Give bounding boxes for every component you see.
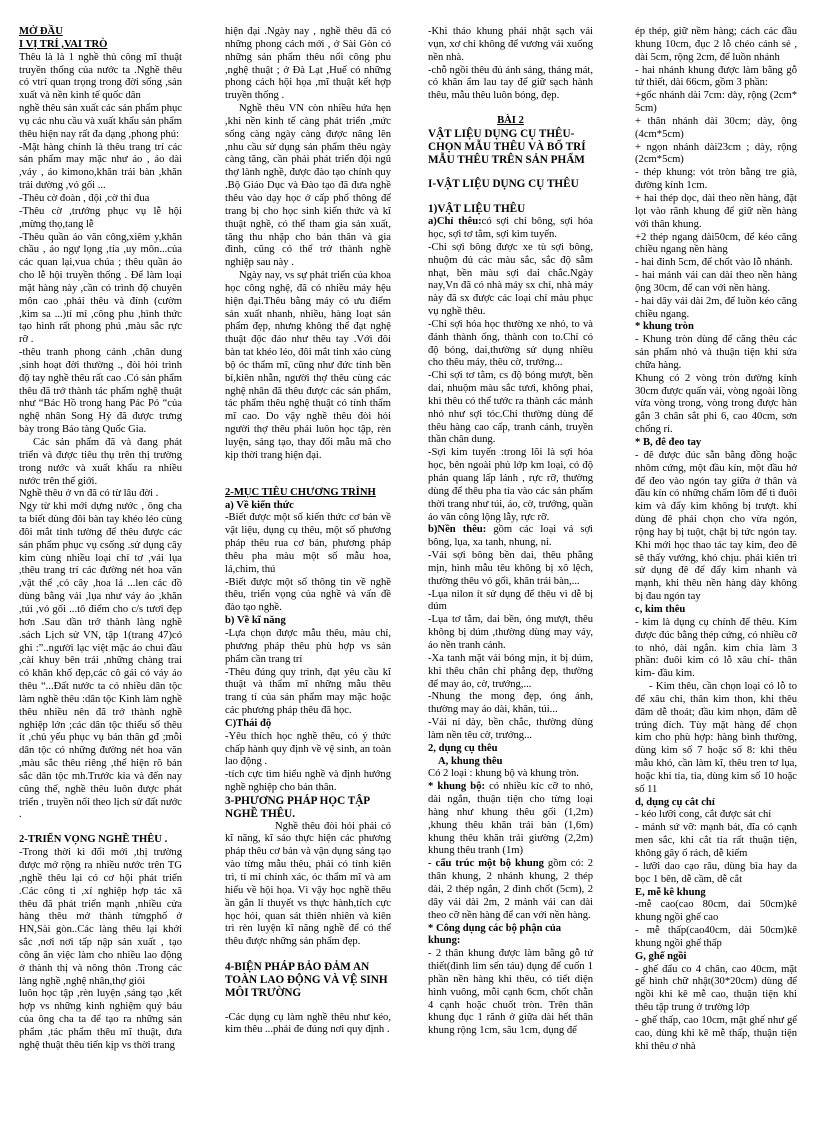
paragraph: - ghế thấp, cao 10cm, mặt ghế như gế cao… (635, 1015, 797, 1054)
spacer (19, 822, 182, 834)
paragraph-text: 4-BIỆN PHÁP BẢO ĐẢM AN TOÀN LAO ĐỘNG VÀ … (225, 961, 388, 999)
section-heading: b) Về kĩ năng (225, 615, 391, 628)
paragraph-text: Các sản phẩm đã và đang phát triển và đư… (19, 437, 182, 487)
paragraph-text: * Công dụng các bộ phận của khung: (428, 923, 561, 947)
section-heading: * khung tròn (635, 321, 797, 334)
paragraph-text: Ngày nay, vs sự phát triển của khoa học … (225, 270, 391, 461)
paragraph: -Chỉ sợi hóa học thường xe nhỏ, to và đá… (428, 319, 593, 370)
section-heading: 4-BIỆN PHÁP BẢO ĐẢM AN TOÀN LAO ĐỘNG VÀ … (225, 961, 391, 1000)
paragraph: - hai mảnh vải can dài theo nền hàng ộng… (635, 270, 797, 296)
column-1: MỞ ĐẦUI VỊ TRÍ ,VAI TRÒThêu là là 1 nghề… (19, 26, 182, 1053)
column-4: ép thép, giữ nềm hàng; cách các đầu khun… (635, 26, 797, 1054)
paragraph: -Khi tháo khung phải nhặt sạch vải vụn, … (428, 26, 593, 65)
section-heading: C)Thái độ (225, 718, 391, 731)
paragraph-text: -Lụa nilon ít sử dụng để thêu vì dễ bị d… (428, 589, 593, 613)
paragraph: - 2 thân khung được làm bằng gỗ tứ thiết… (428, 948, 593, 1038)
paragraph-text: -Lụa tơ tằm, dai bền, óng mượt, thêu khô… (428, 614, 593, 651)
paragraph-text: -Khi tháo khung phải nhặt sạch vải vụn, … (428, 26, 593, 63)
paragraph: -mễ cao(cao 80cm, dai 50cm)kê khung ngồi… (635, 899, 797, 925)
paragraph-text: - mảnh sứ vỡ: mạnh bát, đĩa có cạnh men … (635, 822, 797, 859)
paragraph: -Lựa chọn được mẫu thêu, màu chỉ, phương… (225, 628, 391, 667)
paragraph-text: -Vải nỉ dày, bền chắc, thường dùng làm n… (428, 717, 593, 741)
paragraph-text: 1)VẬT LIỆU THÊU (428, 203, 525, 215)
paragraph-text: -Thêu đúng quy trình, đạt yêu cầu kĩ thu… (225, 667, 391, 717)
paragraph-text: c, kim thêu (635, 604, 685, 615)
paragraph-text: * B, đê đeo tay (635, 437, 701, 448)
paragraph: - thép khung: vót tròn bằng tre già, đườ… (635, 167, 797, 193)
paragraph-text: I VỊ TRÍ ,VAI TRÒ (19, 39, 107, 50)
paragraph-text: -Chỉ sợi tơ tằm, cs độ bóng mượt, bền da… (428, 370, 593, 445)
section-heading: MỞ ĐẦU (19, 26, 182, 39)
paragraph-text: - ghế thấp, cao 10cm, mặt ghế như gế cao… (635, 1015, 797, 1052)
paragraph-text: b) Về kĩ năng (225, 615, 286, 626)
paragraph-text: luôn học tập ,rèn luyện ,sáng tạo ,kết h… (19, 988, 182, 1050)
paragraph-text: -chỗ ngồi thêu đủ ánh sáng, tháng mát, c… (428, 65, 593, 102)
paragraph-text: - Khung tròn dùng để căng thêu các sản p… (635, 334, 797, 371)
paragraph: Thêu là là 1 nghề thủ công mĩ thuật truy… (19, 52, 182, 103)
paragraph-text: - hai đinh 5cm, để chốt vào lỗ nhánh. (635, 257, 793, 268)
paragraph: + hai thép dọc, dài theo nền hàng, đặt l… (635, 193, 797, 232)
paragraph: Ngày nay, vs sự phát triển của khoa học … (225, 270, 391, 463)
paragraph: - kim là dụng cụ chính để thêu. Kim được… (635, 617, 797, 681)
paragraph-text: 2-TRIỂN VỌNG NGHỀ THÊU . (19, 834, 167, 845)
paragraph-text: -Sợi kim tuyến :trong lõi là sợi hóa học… (428, 447, 593, 522)
paragraph-text: ép thép, giữ nềm hàng; cách các đầu khun… (635, 26, 797, 63)
paragraph: -Các dụng cụ làm nghề thêu như kéo, kim … (225, 1012, 391, 1038)
paragraph: +gốc nhánh dài 7cm: dày, rộng (2cm* 5cm) (635, 90, 797, 116)
paragraph: -Thêu đúng quy trình, đạt yêu cầu kĩ thu… (225, 667, 391, 718)
paragraph-text: - đê được đúc sẵn bằng đồng hoặc nhôm cứ… (635, 450, 797, 602)
paragraph: - lưỡi dao cạo râu, dùng bìa hay da bọc … (635, 861, 797, 887)
section-heading: * Công dụng các bộ phận của khung: (428, 923, 593, 949)
paragraph-text: -thêu tranh phong cảnh ,chân dung ,sinh … (19, 347, 182, 435)
paragraph: luôn học tập ,rèn luyện ,sáng tạo ,kết h… (19, 988, 182, 1052)
paragraph: -Lụa nilon ít sử dụng để thêu vì dễ bị d… (428, 589, 593, 615)
paragraph-text: C)Thái độ (225, 718, 271, 729)
paragraph-text: - 2 thân khung được làm bằng gỗ tứ thiết… (428, 948, 593, 1036)
section-heading: VẬT LIỆU DỤNG CỤ THÊU-CHỌN MẪU THÊU VÀ B… (428, 128, 593, 167)
paragraph: -Vải nỉ dày, bền chắc, thường dùng làm n… (428, 717, 593, 743)
paragraph-text: -Biết được một số kiến thức cơ bản về vậ… (225, 512, 391, 574)
paragraph-text: +2 thép ngang dài50cm, để kéo căng chiều… (635, 232, 797, 256)
paragraph: Khung có 2 vòng tròn đường kính 30cm đượ… (635, 373, 797, 437)
section-heading: BÀI 2 (428, 115, 593, 128)
paragraph-text: + thân nhánh dài 30cm; dày, ộng (4cm*5cm… (635, 116, 797, 140)
paragraph-text: I-VẬT LIỆU DỤNG CỤ THÊU (428, 178, 579, 190)
paragraph-text: -Chỉ sợi hóa học thường xe nhỏ, to và đá… (428, 319, 593, 369)
paragraph: Các sản phẩm đã và đang phát triển và đư… (19, 437, 182, 488)
section-heading: A, khung thêu (428, 756, 593, 769)
paragraph: -Biết được một số kiến thức cơ bản về vậ… (225, 512, 391, 576)
paragraph-text: - lưỡi dao cạo râu, dùng bìa hay da bọc … (635, 861, 797, 885)
paragraph-text: + hai thép dọc, dài theo nền hàng, đặt l… (635, 193, 797, 230)
spacer (225, 1000, 391, 1012)
paragraph-text: Nghề thêu VN còn nhiều hứa hẹn ,khi nền … (225, 103, 391, 268)
paragraph: -Biết được một số thông tin về nghề thêu… (225, 577, 391, 616)
paragraph-text: - kéo lưỡi cong, cắt được sát chỉ (635, 809, 771, 820)
section-heading: G, ghế ngồi (635, 951, 797, 964)
paragraph-text: -Yêu thích học nghề thêu, có ý thức chấp… (225, 731, 391, 768)
paragraph: - ghế đẩu co 4 chân, cao 40cm, mặt gế hì… (635, 964, 797, 1015)
paragraph: -Yêu thích học nghề thêu, có ý thức chấp… (225, 731, 391, 770)
section-heading: * B, đê đeo tay (635, 437, 797, 450)
paragraph-text: -Biết được một số thông tin về nghề thêu… (225, 577, 391, 614)
paragraph: - kéo lưỡi cong, cắt được sát chỉ (635, 809, 797, 822)
paragraph-text: VẬT LIỆU DỤNG CỤ THÊU-CHỌN MẪU THÊU VÀ B… (428, 128, 586, 166)
paragraph-text: -Thêu cờ ,trướng phục vụ lễ hội ,mừng th… (19, 206, 182, 230)
paragraph-text: -Thêu cờ đoàn , đội ,cờ thi đua (19, 193, 149, 204)
paragraph-text: - ghế đẩu co 4 chân, cao 40cm, mặt gế hì… (635, 964, 797, 1014)
paragraph-text: - thép khung: vót tròn bằng tre già, đườ… (635, 167, 797, 191)
paragraph-text: A, khung thêu (438, 756, 502, 767)
paragraph-text: +gốc nhánh dài 7cm: dày, rộng (2cm* 5cm) (635, 90, 797, 114)
paragraph-lead: * khung bộ: (428, 781, 485, 792)
paragraph-text: -Chỉ sợi bông được xe tù sợi bông, nhuộm… (428, 242, 593, 317)
paragraph: +2 thép ngang dài50cm, để kéo căng chiều… (635, 232, 797, 258)
paragraph: - hai nhánh khung được làm bằng gỗ tứ th… (635, 65, 797, 91)
paragraph-text: -Mặt hàng chính là thêu trang trí các sả… (19, 142, 182, 192)
section-heading: d, dụng cụ cắt chỉ (635, 797, 797, 810)
section-heading: I VỊ TRÍ ,VAI TRÒ (19, 39, 182, 52)
paragraph: Nghề thêu ở vn đã có từ lâu đời . (19, 488, 182, 501)
paragraph: hiện đại .Ngày nay , nghề thêu đã có nhữ… (225, 26, 391, 103)
spacer (225, 949, 391, 961)
column-2: hiện đại .Ngày nay , nghề thêu đã có nhữ… (225, 26, 391, 1037)
section-heading: a) Về kiến thức (225, 500, 391, 513)
paragraph-text: E, mễ kê khung (635, 887, 706, 898)
paragraph: -Nhung the mong đẹp, óng ánh, thường may… (428, 691, 593, 717)
paragraph: Ngy từ khi mới dựng nước , ông cha ta bi… (19, 501, 182, 822)
paragraph: -Xa tanh mặt vải bóng mịn, ít bị dúm, kh… (428, 653, 593, 692)
paragraph: Nghề thêu VN còn nhiều hứa hẹn ,khi nền … (225, 103, 391, 270)
paragraph-text: có nhiều kíc cỡ to nhỏ, dài ngắn, thuận … (428, 781, 593, 856)
paragraph: Có 2 loại : khung bộ và khung tròn. (428, 768, 593, 781)
paragraph: - Khung tròn dùng để căng thêu các sản p… (635, 334, 797, 373)
paragraph: - mảnh sứ vỡ: mạnh bát, đĩa có cạnh men … (635, 822, 797, 861)
paragraph: -thêu tranh phong cảnh ,chân dung ,sinh … (19, 347, 182, 437)
paragraph-text: hiện đại .Ngày nay , nghề thêu đã có nhữ… (225, 26, 391, 101)
paragraph: * khung bộ: có nhiều kíc cỡ to nhỏ, dài … (428, 781, 593, 858)
paragraph-text: nghề thêu sản xuất các sản phẩm phục vụ … (19, 103, 182, 140)
paragraph-text: Ngy từ khi mới dựng nước , ông cha ta bi… (19, 501, 182, 820)
section-heading: 2, dụng cụ thêu (428, 743, 593, 756)
paragraph-text: Nghề thêu đòi hỏi phải có kĩ năng, kĩ sả… (225, 821, 391, 948)
paragraph: -tích cực tìm hiểu nghề và định hướng ng… (225, 769, 391, 795)
paragraph: nghề thêu sản xuất các sản phẩm phục vụ … (19, 103, 182, 142)
paragraph-text: -Nhung the mong đẹp, óng ánh, thường may… (428, 691, 593, 715)
spacer (225, 463, 391, 475)
paragraph-text: -Vải sợi bông bền dai, thêu phẳng mịn, h… (428, 550, 593, 587)
paragraph-text: -Các dụng cụ làm nghề thêu như kéo, kim … (225, 1012, 391, 1036)
paragraph: - hai đinh 5cm, để chốt vào lỗ nhánh. (635, 257, 797, 270)
column-3: -Khi tháo khung phải nhặt sạch vải vụn, … (428, 26, 593, 1038)
paragraph: -Lụa tơ tằm, dai bền, óng mượt, thêu khô… (428, 614, 593, 653)
paragraph-text: Có 2 loại : khung bộ và khung tròn. (428, 768, 579, 779)
paragraph: - hai dây vải dài 2m, để luồn kéo căng c… (635, 296, 797, 322)
spacer (428, 166, 593, 178)
paragraph-text: * khung tròn (635, 321, 694, 332)
paragraph-lead: a)Chỉ thêu: (428, 216, 482, 227)
paragraph: -Thêu cờ ,trướng phục vụ lễ hội ,mừng th… (19, 206, 182, 232)
paragraph-lead: - cấu trúc một bộ khung (428, 858, 544, 869)
paragraph: a)Chỉ thêu:có sợi chỉ bông, sợi hóa học,… (428, 216, 593, 242)
paragraph: -chỗ ngồi thêu đủ ánh sáng, tháng mát, c… (428, 65, 593, 104)
paragraph-text: Nghề thêu ở vn đã có từ lâu đời . (19, 488, 158, 499)
paragraph-lead: b)Nền thêu: (428, 524, 486, 535)
paragraph: -Vải sợi bông bền dai, thêu phẳng mịn, h… (428, 550, 593, 589)
paragraph: ép thép, giữ nềm hàng; cách các đầu khun… (635, 26, 797, 65)
spacer (428, 103, 593, 115)
section-heading: 3-PHƯƠNG PHÁP HỌC TẬP NGHỀ THÊU. (225, 795, 391, 821)
section-heading: c, kim thêu (635, 604, 797, 617)
paragraph: - cấu trúc một bộ khung gồm có: 2 thân k… (428, 858, 593, 922)
paragraph-text: - hai mảnh vải can dài theo nền hàng ộng… (635, 270, 797, 294)
paragraph: Nghề thêu đòi hỏi phải có kĩ năng, kĩ sả… (225, 821, 391, 949)
paragraph-text: - Kim thêu, cần chọn loại có lỗ to để xâ… (635, 681, 797, 795)
paragraph: -Chỉ sợi tơ tằm, cs độ bóng mượt, bền da… (428, 370, 593, 447)
spacer (428, 191, 593, 203)
paragraph: - mễ thấp(cao40cm, dài 50cm)kê khung ngồ… (635, 925, 797, 951)
paragraph: - Kim thêu, cần chọn loại có lỗ to để xâ… (635, 681, 797, 797)
paragraph: -Trong thời kì đổi mới ,thị trường được … (19, 847, 182, 988)
paragraph-text: Thêu là là 1 nghề thủ công mĩ thuật truy… (19, 52, 182, 102)
section-heading: 2-MỤC TIÊU CHƯƠNG TRÌNH (225, 487, 391, 500)
paragraph: -Chỉ sợi bông được xe tù sợi bông, nhuộm… (428, 242, 593, 319)
paragraph-text: -mễ cao(cao 80cm, dai 50cm)kê khung ngồi… (635, 899, 797, 923)
paragraph-text: 2, dụng cụ thêu (428, 743, 497, 754)
paragraph-text: - hai dây vải dài 2m, để luồn kéo căng c… (635, 296, 797, 320)
paragraph-text: -Xa tanh mặt vải bóng mịn, ít bị dúm, kh… (428, 653, 593, 690)
section-heading: 2-TRIỂN VỌNG NGHỀ THÊU . (19, 834, 182, 847)
paragraph: b)Nền thêu: gồm các loại vả sợi bông, lụ… (428, 524, 593, 550)
section-heading: I-VẬT LIỆU DỤNG CỤ THÊU (428, 178, 593, 191)
paragraph-text: -Lựa chọn được mẫu thêu, màu chỉ, phương… (225, 628, 391, 665)
spacer (225, 475, 391, 487)
paragraph-text: - hai nhánh khung được làm bằng gỗ tứ th… (635, 65, 797, 89)
paragraph-text: -tích cực tìm hiểu nghề và định hướng ng… (225, 769, 391, 793)
paragraph: -Thêu quần áo văn công,xiêm y,khăn chầu … (19, 232, 182, 348)
section-heading: 1)VẬT LIỆU THÊU (428, 203, 593, 216)
paragraph-text: BÀI 2 (497, 115, 524, 126)
paragraph: -Thêu cờ đoàn , đội ,cờ thi đua (19, 193, 182, 206)
paragraph-text: -Trong thời kì đổi mới ,thị trường được … (19, 847, 182, 986)
paragraph-text: G, ghế ngồi (635, 951, 687, 962)
paragraph-text: a) Về kiến thức (225, 500, 294, 511)
paragraph-text: MỞ ĐẦU (19, 26, 63, 37)
paragraph: -Sợi kim tuyến :trong lõi là sợi hóa học… (428, 447, 593, 524)
section-heading: E, mễ kê khung (635, 887, 797, 900)
paragraph-text: + ngọn nhánh dài23cm ; dày, rộng (2cm*5c… (635, 142, 797, 166)
paragraph-text: - kim là dụng cụ chính để thêu. Kim được… (635, 617, 797, 679)
paragraph: + ngọn nhánh dài23cm ; dày, rộng (2cm*5c… (635, 142, 797, 168)
paragraph-text: d, dụng cụ cắt chỉ (635, 797, 715, 808)
paragraph-text: - mễ thấp(cao40cm, dài 50cm)kê khung ngồ… (635, 925, 797, 949)
paragraph-text: -Thêu quần áo văn công,xiêm y,khăn chầu … (19, 232, 182, 346)
paragraph-text: 3-PHƯƠNG PHÁP HỌC TẬP NGHỀ THÊU. (225, 795, 370, 820)
paragraph-text: 2-MỤC TIÊU CHƯƠNG TRÌNH (225, 487, 376, 498)
paragraph: + thân nhánh dài 30cm; dày, ộng (4cm*5cm… (635, 116, 797, 142)
paragraph-text: Khung có 2 vòng tròn đường kính 30cm đượ… (635, 373, 797, 435)
paragraph: - đê được đúc sẵn bằng đồng hoặc nhôm cứ… (635, 450, 797, 604)
paragraph: -Mặt hàng chính là thêu trang trí các sả… (19, 142, 182, 193)
